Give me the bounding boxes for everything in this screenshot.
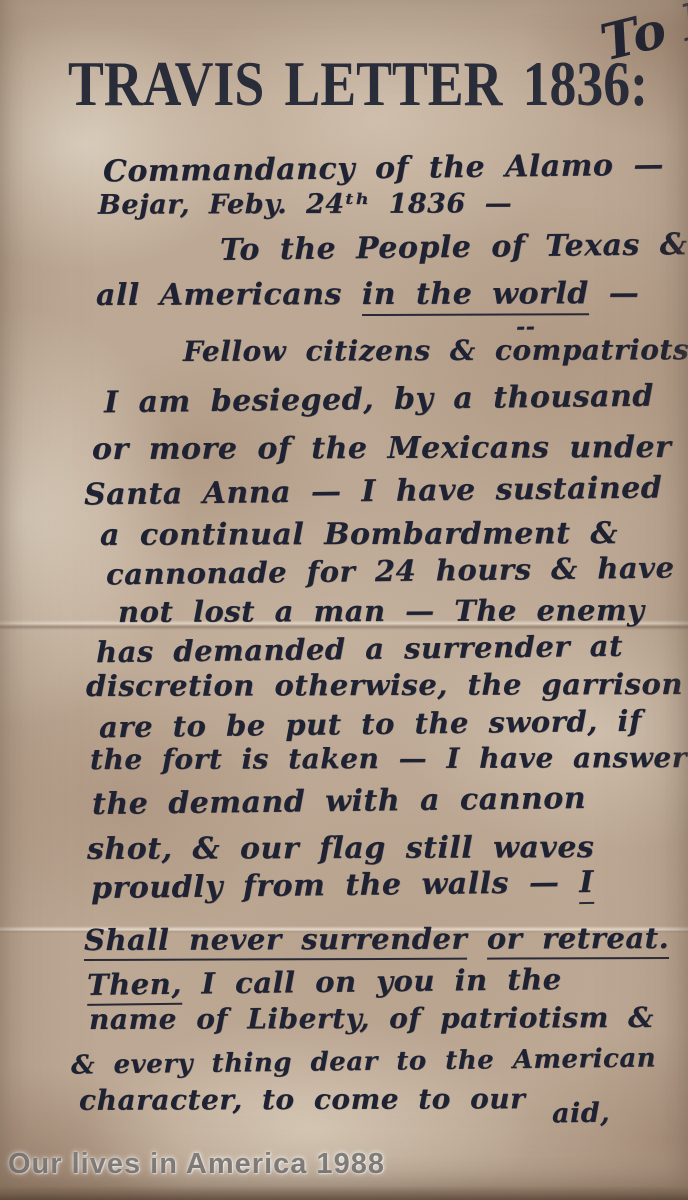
letter-text-segment: Santa Anna — I have sustained xyxy=(84,470,663,512)
letter-line: the fort is taken — I have answered xyxy=(90,744,688,774)
letter-line: not lost a man — The enemy xyxy=(118,596,645,627)
letter-text-segment: Bejar, Feby. 24ᵗʰ 1836 — xyxy=(98,188,512,220)
letter-line: Fellow citizens & compatriots — xyxy=(183,336,688,366)
letter-scan-page: TRAVIS LETTER 1836: To M Commandancy of … xyxy=(0,0,688,1200)
letter-text-segment: I am besieged, by a thousand xyxy=(104,379,654,421)
letter-text-segment: cannonade for 24 hours & have xyxy=(106,551,675,592)
letter-text-segment: are to be put to the sword, if xyxy=(99,704,642,745)
letter-line: Santa Anna — I have sustained xyxy=(84,473,663,510)
letter-text-segment xyxy=(467,922,487,956)
letter-text-segment: or more of the Mexicans under xyxy=(92,430,671,467)
letter-text-segment: I xyxy=(579,865,594,904)
letter-text-segment: aid, xyxy=(552,1098,610,1130)
letter-line: all Americans in the world — xyxy=(96,279,639,311)
letter-text-segment: or retreat. xyxy=(487,921,669,960)
letter-text-segment: Then, xyxy=(87,967,182,1006)
letter-line: Shall never surrender or retreat. xyxy=(84,924,669,955)
letter-text-segment: the demand with a cannon xyxy=(92,781,586,822)
letter-text-segment: & every thing dear to the American xyxy=(71,1043,656,1080)
letter-text-segment: Fellow citizens & compatriots — xyxy=(183,333,688,368)
letter-line: a continual Bombardment & xyxy=(100,519,618,551)
letter-line: character, to come to our xyxy=(79,1085,525,1115)
letter-text-segment: I call on you in the xyxy=(182,962,562,1001)
letter-text-segment: character, to come to our xyxy=(79,1082,525,1117)
letter-line: name of Liberty, of patriotism & xyxy=(89,1004,654,1034)
letter-line: To the People of Texas & xyxy=(220,230,688,266)
letter-text-segment: To the People of Texas & xyxy=(220,227,688,268)
letter-line: I am besieged, by a thousand xyxy=(104,382,654,419)
letter-line: proudly from the walls — I xyxy=(91,868,594,904)
letter-line: shot, & our flag still waves xyxy=(87,833,594,865)
letter-text-segment: a continual Bombardment & xyxy=(100,516,618,553)
letter-body: Commandancy of the Alamo —Bejar, Feby. 2… xyxy=(0,0,688,1200)
letter-text-segment: name of Liberty, of patriotism & xyxy=(89,1001,654,1036)
letter-text-segment: not lost a man — The enemy xyxy=(118,593,645,629)
letter-text-segment: proudly from the walls — xyxy=(91,865,580,906)
letter-text-segment: shot, & our flag still waves xyxy=(87,830,594,867)
letter-line: Then, I call on you in the xyxy=(87,965,562,1000)
letter-line: the demand with a cannon xyxy=(92,784,586,820)
letter-text-segment: discretion otherwise, the garrison xyxy=(86,667,683,703)
bottom-scan-edge xyxy=(0,1186,688,1200)
letter-line: discretion otherwise, the garrison xyxy=(86,670,683,701)
letter-text-segment: Commandancy of the Alamo — xyxy=(103,148,664,190)
letter-text-segment: in the world xyxy=(362,276,589,316)
letter-text-segment: the fort is taken — I have answered xyxy=(90,741,688,776)
letter-text-segment: Shall never surrender xyxy=(84,922,467,961)
letter-line: aid, xyxy=(552,1100,610,1128)
letter-line: cannonade for 24 hours & have xyxy=(106,554,675,590)
letter-line: or more of the Mexicans under xyxy=(92,433,671,465)
letter-line: & every thing dear to the American xyxy=(71,1045,656,1078)
letter-line: Bejar, Feby. 24ᵗʰ 1836 — xyxy=(98,190,512,218)
letter-line: are to be put to the sword, if xyxy=(99,707,642,743)
letter-text-segment: — xyxy=(589,276,640,311)
letter-line: has demanded a surrender at xyxy=(96,632,623,667)
letter-text-segment: has demanded a surrender at xyxy=(96,629,623,669)
watermark-caption: Our lives in America 1988 xyxy=(8,1148,385,1181)
letter-text-segment: all Americans xyxy=(96,277,362,313)
letter-line: Commandancy of the Alamo — xyxy=(103,151,664,188)
